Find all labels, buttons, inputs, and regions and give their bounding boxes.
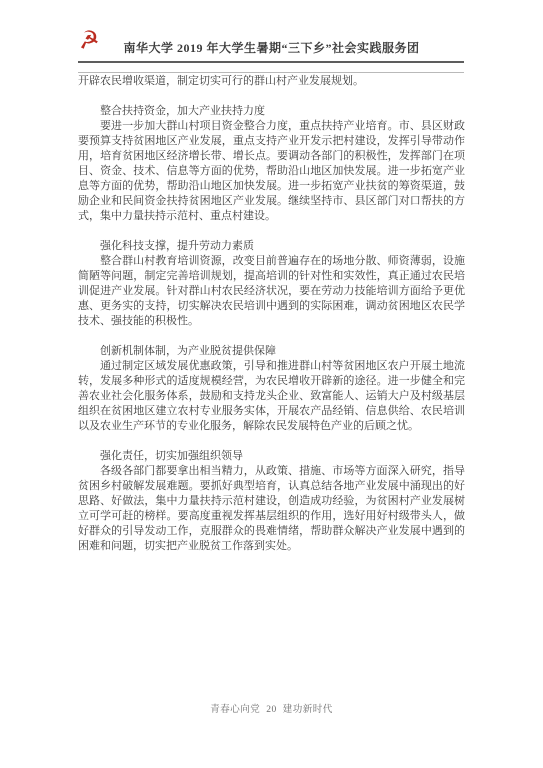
header-rule-light bbox=[78, 72, 464, 73]
section-paragraph-2: 整合群山村教育培训资源，改变目前普遍存在的场地分散、师资薄弱，设施简陋等问题，制… bbox=[78, 254, 465, 329]
section-paragraph-3: 通过制定区域发展优惠政策，引导和推进群山村等贫困地区农户开展土地流转，发展多种形… bbox=[78, 359, 465, 434]
document-body: 开辟农民增收渠道，制定切实可行的群山村产业发展规划。 整合扶持资金，加大产业扶持… bbox=[78, 74, 465, 554]
section-heading-3: 创新机制体制，为产业脱贫提供保障 bbox=[78, 344, 465, 359]
section-heading-4: 强化责任，切实加强组织领导 bbox=[78, 449, 465, 464]
section-paragraph-1: 要进一步加大群山村项目资金整合力度，重点扶持产业培育。市、县区财政要预算支持贫困… bbox=[78, 119, 465, 224]
document-page: ☭ 南华大学 2019 年大学生暑期“三下乡”社会实践服务团 开辟农民增收渠道，… bbox=[0, 0, 543, 768]
paragraph-continuation: 开辟农民增收渠道，制定切实可行的群山村产业发展规划。 bbox=[78, 74, 465, 89]
header-rule-dark bbox=[78, 61, 464, 63]
footer-page-number: 20 bbox=[266, 705, 277, 715]
footer-text-right: 建功新时代 bbox=[283, 705, 333, 715]
section-heading-2: 强化科技支撑，提升劳动力素质 bbox=[78, 239, 465, 254]
section-paragraph-4: 各级各部门都要拿出相当精力，从政策、措施、市场等方面深入研究，指导贫困乡村破解发… bbox=[78, 464, 465, 554]
document-header: ☭ 南华大学 2019 年大学生暑期“三下乡”社会实践服务团 bbox=[78, 30, 465, 60]
page-footer: 青春心向党20建功新时代 bbox=[0, 701, 543, 715]
footer-text-left: 青春心向党 bbox=[210, 705, 260, 715]
section-heading-1: 整合扶持资金，加大产业扶持力度 bbox=[78, 104, 465, 119]
page-title: 南华大学 2019 年大学生暑期“三下乡”社会实践服务团 bbox=[78, 39, 465, 56]
